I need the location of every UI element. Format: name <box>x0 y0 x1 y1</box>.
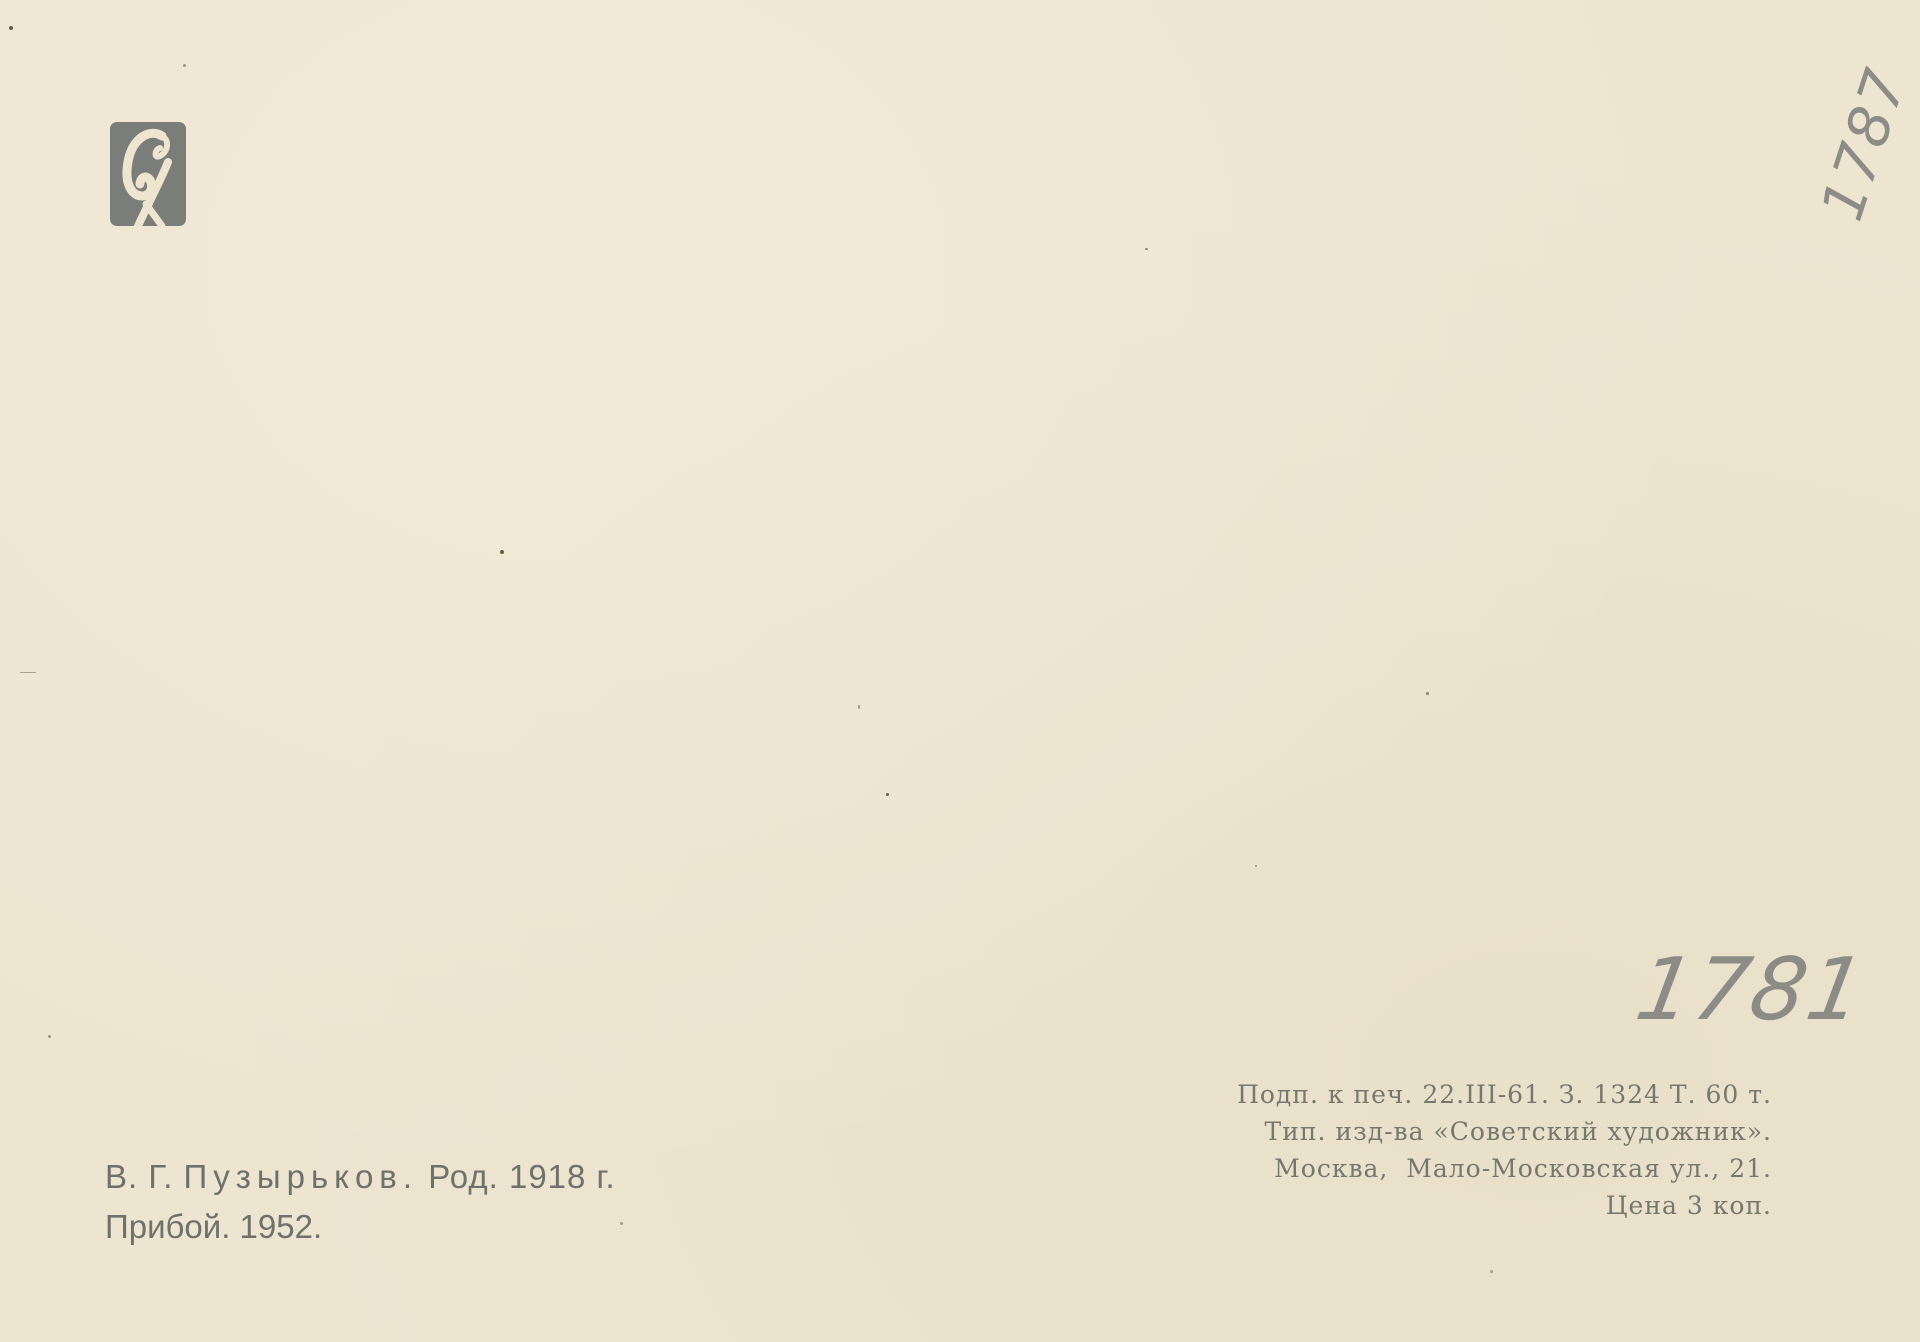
imprint-line-price: Цена 3 коп. <box>1237 1187 1772 1224</box>
paper-speck <box>886 793 889 796</box>
author-surname: Пузырьков. <box>184 1158 418 1195</box>
sovetsky-khudozhnik-logo-icon <box>110 122 186 226</box>
artwork-caption: В. Г. Пузырьков. Род. 1918 г. Прибой. 19… <box>105 1152 616 1252</box>
publisher-logo <box>110 122 186 226</box>
paper-speck <box>858 705 860 709</box>
handwritten-catalog-number: 1781 <box>1629 940 1874 1040</box>
paper-speck <box>1255 865 1257 867</box>
printing-imprint: Подп. к печ. 22.III-61. З. 1324 Т. 60 т.… <box>1237 1076 1772 1224</box>
author-line: В. Г. Пузырьков. Род. 1918 г. <box>105 1152 616 1202</box>
paper-speck <box>48 1035 51 1038</box>
imprint-line-print-date: Подп. к печ. 22.III-61. З. 1324 Т. 60 т. <box>1237 1076 1772 1113</box>
paper-speck <box>500 550 504 554</box>
imprint-line-address: Москва, Мало-Московская ул., 21. <box>1237 1150 1772 1187</box>
paper-speck <box>620 1222 623 1225</box>
paper-speck <box>1145 248 1148 250</box>
paper-speck <box>183 64 186 67</box>
imprint-line-publisher: Тип. изд-ва «Советский художник». <box>1237 1113 1772 1150</box>
paper-speck <box>1426 692 1429 695</box>
artwork-title-year: Прибой. 1952. <box>105 1202 616 1252</box>
author-birth-year: Род. 1918 г. <box>428 1158 616 1195</box>
author-initials: В. Г. <box>105 1158 173 1195</box>
paper-speck <box>20 672 36 673</box>
paper-speck <box>1490 1270 1493 1273</box>
paper-speck <box>9 26 13 30</box>
